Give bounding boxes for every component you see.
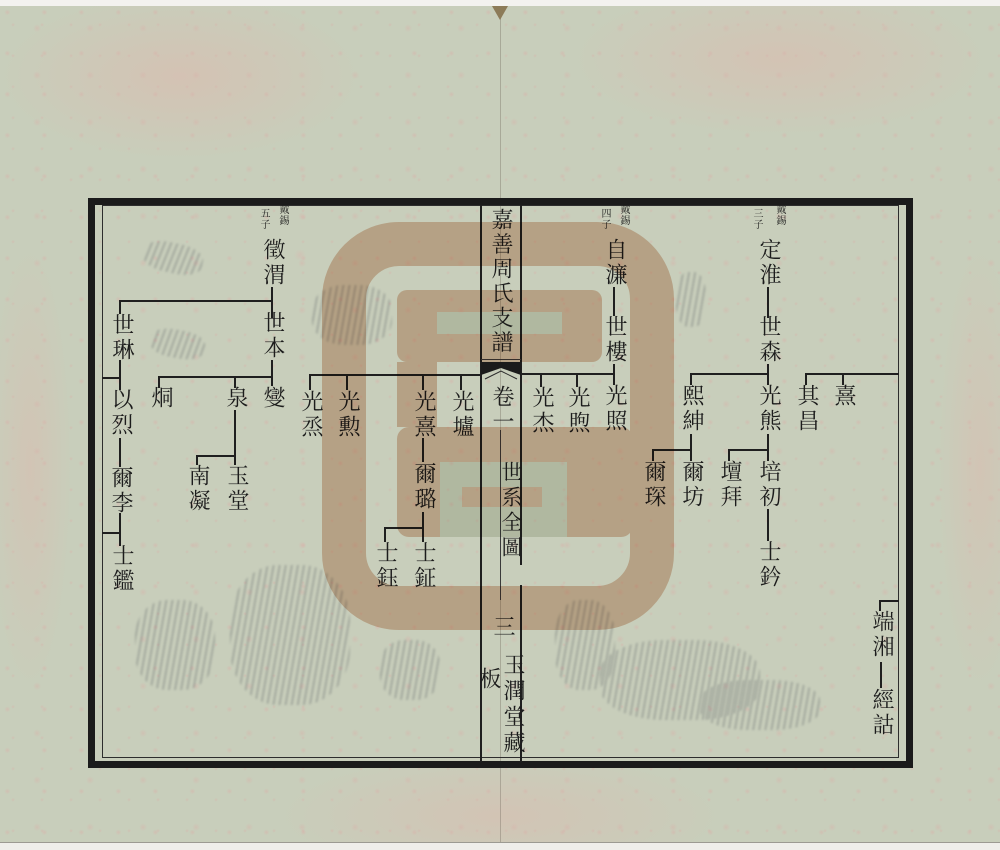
person-tong: 烔: [148, 386, 172, 411]
person-er-lu: 爾璐: [411, 462, 435, 512]
person-yu-tang: 玉堂: [224, 464, 248, 514]
person-nan-ning: 南凝: [185, 464, 209, 514]
tree-connector: [422, 438, 424, 462]
person-er-chen: 爾琛: [641, 460, 665, 510]
person-duan-xiang: 端湘: [869, 610, 893, 660]
tree-connector: [521, 373, 615, 375]
person-shi-ben: 世本: [260, 311, 284, 361]
tree-connector: [119, 300, 273, 302]
person-guang-zhao: 光照: [602, 384, 626, 434]
person-er-fang: 爾坊: [679, 460, 703, 510]
tree-connector: [540, 373, 542, 387]
annotation-birth-order: 三子: [751, 208, 762, 230]
scan-edge-bottom: [0, 842, 1000, 850]
book-title: 嘉善周氏支譜: [488, 208, 512, 355]
volume-label: 卷一: [489, 385, 513, 435]
tree-connector: [346, 374, 348, 390]
tree-connector: [158, 376, 273, 378]
tree-connector: [102, 377, 121, 379]
tree-connector: [119, 513, 121, 546]
person-zi-lian: 自濂: [602, 238, 626, 288]
title-underline: [481, 359, 521, 360]
block-mark: 板: [476, 667, 500, 692]
tree-connector: [576, 373, 578, 387]
person-qi-chang: 其昌: [794, 384, 818, 434]
tree-connector: [309, 374, 481, 376]
tree-connector: [767, 287, 769, 318]
tree-connector: [102, 532, 121, 534]
person-yi-lie: 以烈: [108, 388, 132, 438]
tree-connector: [119, 438, 121, 467]
tree-connector: [690, 434, 692, 461]
annotation-birth-order: 五子: [258, 208, 269, 230]
person-quan: 泉: [223, 386, 247, 411]
section-label: 世系全圖: [499, 461, 523, 561]
person-shi-zheng: 士鉦: [411, 541, 435, 591]
tree-connector: [652, 449, 692, 451]
person-shi-qian: 士鈐: [756, 540, 780, 590]
person-xie: 燮: [260, 386, 284, 411]
person-pei-chu: 培初: [756, 460, 780, 510]
tree-connector: [805, 373, 899, 375]
person-ding-huai: 定淮: [756, 238, 780, 288]
tree-connector: [460, 374, 462, 390]
tree-connector: [613, 287, 615, 316]
tree-connector: [119, 360, 121, 390]
binding-notch-icon: [492, 6, 508, 20]
person-shi-yu: 士鈺: [373, 541, 397, 591]
person-guang-zheng: 光烝: [298, 390, 322, 440]
tree-connector: [879, 600, 899, 602]
person-tan-bai: 壇拜: [717, 460, 741, 510]
tree-connector: [880, 662, 882, 688]
person-jing-gu: 經詁: [869, 688, 893, 738]
person-zheng-wei: 徵渭: [260, 238, 284, 288]
person-xi-shen: 熙紳: [679, 384, 703, 434]
tree-connector: [690, 373, 769, 375]
person-guang-jie: 光杰: [529, 386, 553, 436]
tree-connector: [728, 449, 769, 451]
person-guang-xi: 光熹: [411, 390, 435, 440]
leaf-number: 三: [490, 615, 514, 640]
person-guang-xiong: 光熊: [756, 384, 780, 434]
tree-connector: [119, 300, 121, 314]
tree-connector: [767, 509, 769, 541]
annotation-father: 戴錫: [774, 204, 785, 226]
person-guang-lu: 光壚: [449, 390, 473, 440]
person-guang-xun: 光勲: [335, 390, 359, 440]
person-guang-xu: 光煦: [565, 386, 589, 436]
annotation-father: 戴錫: [618, 204, 629, 226]
person-shi-jian: 士鑑: [109, 544, 133, 594]
annotation-father: 戴錫: [277, 204, 288, 226]
tree-connector: [384, 527, 386, 542]
tree-connector: [767, 434, 769, 461]
person-xi: 熹: [831, 384, 855, 409]
annotation-birth-order: 四子: [599, 208, 610, 230]
tree-connector: [384, 527, 424, 529]
hall-mark: 玉潤堂藏: [500, 653, 524, 757]
fishtail-mark-icon: [481, 361, 521, 381]
person-shi-sen: 世森: [756, 315, 780, 365]
person-shi-lin: 世琳: [109, 313, 133, 363]
person-er-li: 爾李: [108, 466, 132, 516]
tree-connector: [422, 374, 424, 390]
person-shi-lou: 世樓: [602, 315, 626, 365]
tree-connector: [271, 360, 273, 386]
tree-connector: [309, 374, 311, 390]
tree-connector: [196, 455, 236, 457]
